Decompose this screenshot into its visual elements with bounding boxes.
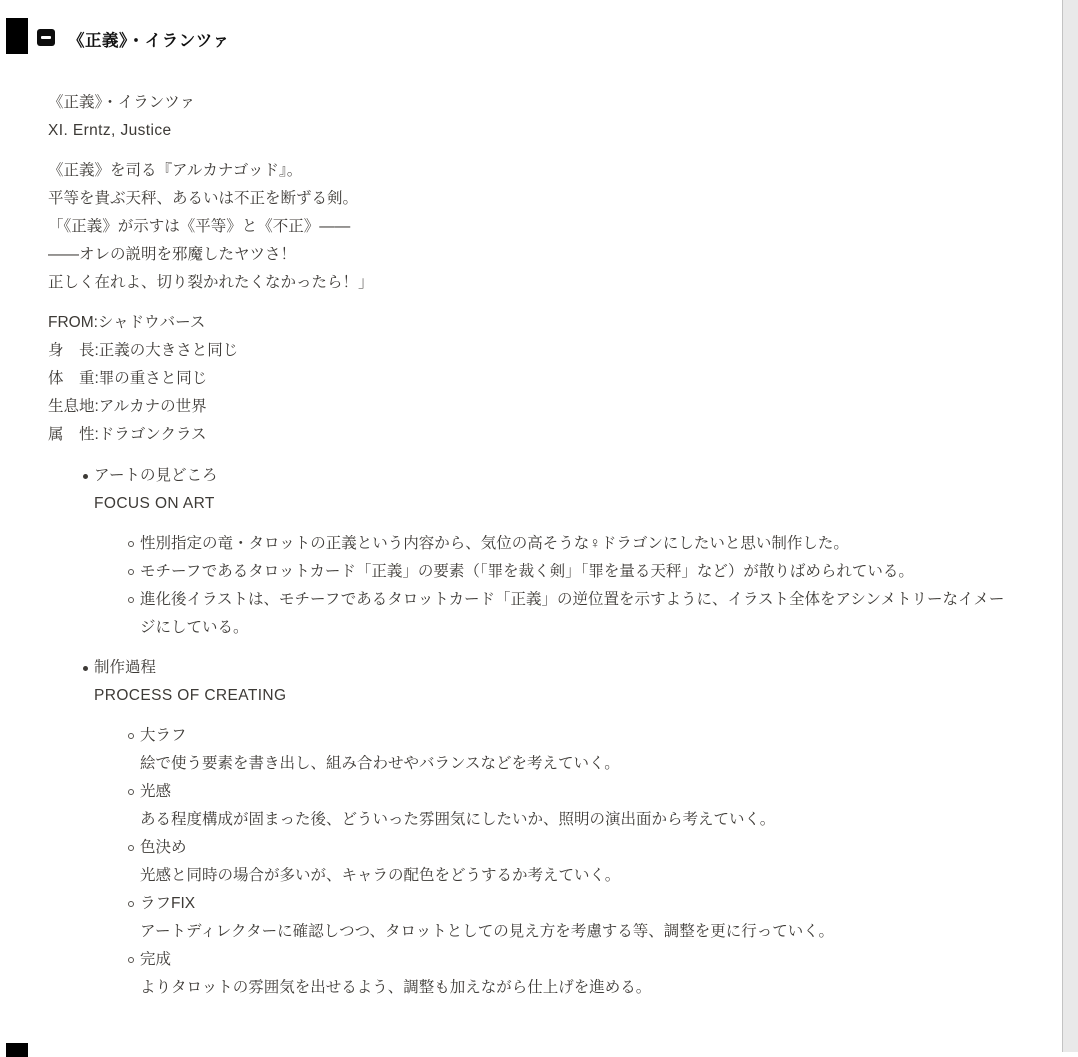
item-term: 色決め <box>140 834 1010 862</box>
item-term: 大ラフ <box>140 722 1010 750</box>
item-text: モチーフであるタロットカード「正義」の要素（「罪を裁く剣」「罪を量る天秤」など）… <box>140 558 1010 586</box>
item-text: アートディレクターに確認しつつ、タロットとしての見え方を考慮する等、調整を更に行… <box>140 918 1010 946</box>
flavor-line: 「《正義》が示すは《平等》と《不正》―― <box>48 218 350 235</box>
profile-paragraph: FROM:シャドウバース 身 長:正義の大きさと同じ 体 重:罪の重さと同じ 生… <box>48 309 1010 449</box>
flavor-line: 平等を貴ぶ天秤、あるいは不正を断ずる剣。 <box>48 190 358 207</box>
list-item: 進化後イラストは、モチーフであるタロットカード「正義」の逆位置を示すように、イラ… <box>140 586 1010 642</box>
item-term: 完成 <box>140 946 1010 974</box>
list-item: 光感 ある程度構成が固まった後、どういった雰囲気にしたいか、照明の演出面から考え… <box>140 778 1010 834</box>
section-focus-on-art: アートの見どころ FOCUS ON ART 性別指定の竜・タロットの正義という内… <box>94 462 1010 642</box>
profile-line-habitat: 生息地:アルカナの世界 <box>48 398 207 415</box>
section-marker-block <box>6 18 28 54</box>
item-text: 進化後イラストは、モチーフであるタロットカード「正義」の逆位置を示すように、イラ… <box>140 586 1010 642</box>
section-items: 性別指定の竜・タロットの正義という内容から、気位の高そうな♀ドラゴンにしたいと思… <box>94 530 1010 642</box>
sections-list: アートの見どころ FOCUS ON ART 性別指定の竜・タロットの正義という内… <box>48 462 1010 1002</box>
section-items: 大ラフ 絵で使う要素を書き出し、組み合わせやバランスなどを考えていく。 光感 あ… <box>94 722 1010 1002</box>
scrollbar-track[interactable] <box>1062 0 1078 1052</box>
item-term: 光感 <box>140 778 1010 806</box>
flavor-text-paragraph: 《正義》を司る『アルカナゴッド』。 平等を貴ぶ天秤、あるいは不正を断ずる剣。 「… <box>48 157 1010 297</box>
flavor-line: 正しく在れよ、切り裂かれたくなかったら！」 <box>48 274 374 291</box>
item-text: 絵で使う要素を書き出し、組み合わせやバランスなどを考えていく。 <box>140 750 1010 778</box>
flavor-line: 《正義》を司る『アルカナゴッド』。 <box>48 162 302 179</box>
card-name-en: XI. Erntz, Justice <box>48 122 172 139</box>
item-term: ラフFIX <box>140 890 1010 918</box>
section-title-en: PROCESS OF CREATING <box>94 682 1010 710</box>
list-item: モチーフであるタロットカード「正義」の要素（「罪を裁く剣」「罪を量る天秤」など）… <box>140 558 1010 586</box>
page-title: 《正義》・イランツァ <box>68 27 230 51</box>
profile-line-height: 身 長:正義の大きさと同じ <box>48 342 238 359</box>
intro-paragraph: 《正義》・イランツァ XI. Erntz, Justice <box>48 89 1010 145</box>
list-item: ラフFIX アートディレクターに確認しつつ、タロットとしての見え方を考慮する等、… <box>140 890 1010 946</box>
list-item: 性別指定の竜・タロットの正義という内容から、気位の高そうな♀ドラゴンにしたいと思… <box>140 530 1010 558</box>
list-item: 完成 よりタロットの雰囲気を出せるよう、調整も加えながら仕上げを進める。 <box>140 946 1010 1002</box>
item-text: ある程度構成が固まった後、どういった雰囲気にしたいか、照明の演出面から考えていく… <box>140 806 1010 834</box>
item-text: よりタロットの雰囲気を出せるよう、調整も加えながら仕上げを進める。 <box>140 974 1010 1002</box>
section-process-of-creating: 制作過程 PROCESS OF CREATING 大ラフ 絵で使う要素を書き出し… <box>94 654 1010 1002</box>
section-title-jp: 制作過程 <box>94 654 1010 682</box>
card-name-jp: 《正義》・イランツァ <box>48 94 195 111</box>
item-text: 性別指定の竜・タロットの正義という内容から、気位の高そうな♀ドラゴンにしたいと思… <box>140 530 1010 558</box>
list-item: 色決め 光感と同時の場合が多いが、キャラの配色をどうするか考えていく。 <box>140 834 1010 890</box>
flavor-line: ――オレの説明を邪魔したヤツさ！ <box>48 246 296 263</box>
section-title-en: FOCUS ON ART <box>94 490 1010 518</box>
minus-icon <box>41 36 51 39</box>
article-body: 《正義》・イランツァ XI. Erntz, Justice 《正義》を司る『アル… <box>48 89 1010 1014</box>
section-title-jp: アートの見どころ <box>94 462 1010 490</box>
profile-line-weight: 体 重:罪の重さと同じ <box>48 370 207 387</box>
section-marker-block-bottom <box>6 1043 28 1052</box>
item-text: 光感と同時の場合が多いが、キャラの配色をどうするか考えていく。 <box>140 862 1010 890</box>
list-item: 大ラフ 絵で使う要素を書き出し、組み合わせやバランスなどを考えていく。 <box>140 722 1010 778</box>
collapse-section-icon[interactable] <box>37 29 55 46</box>
profile-line-from: FROM:シャドウバース <box>48 314 205 331</box>
profile-line-class: 属 性:ドラゴンクラス <box>48 426 207 443</box>
